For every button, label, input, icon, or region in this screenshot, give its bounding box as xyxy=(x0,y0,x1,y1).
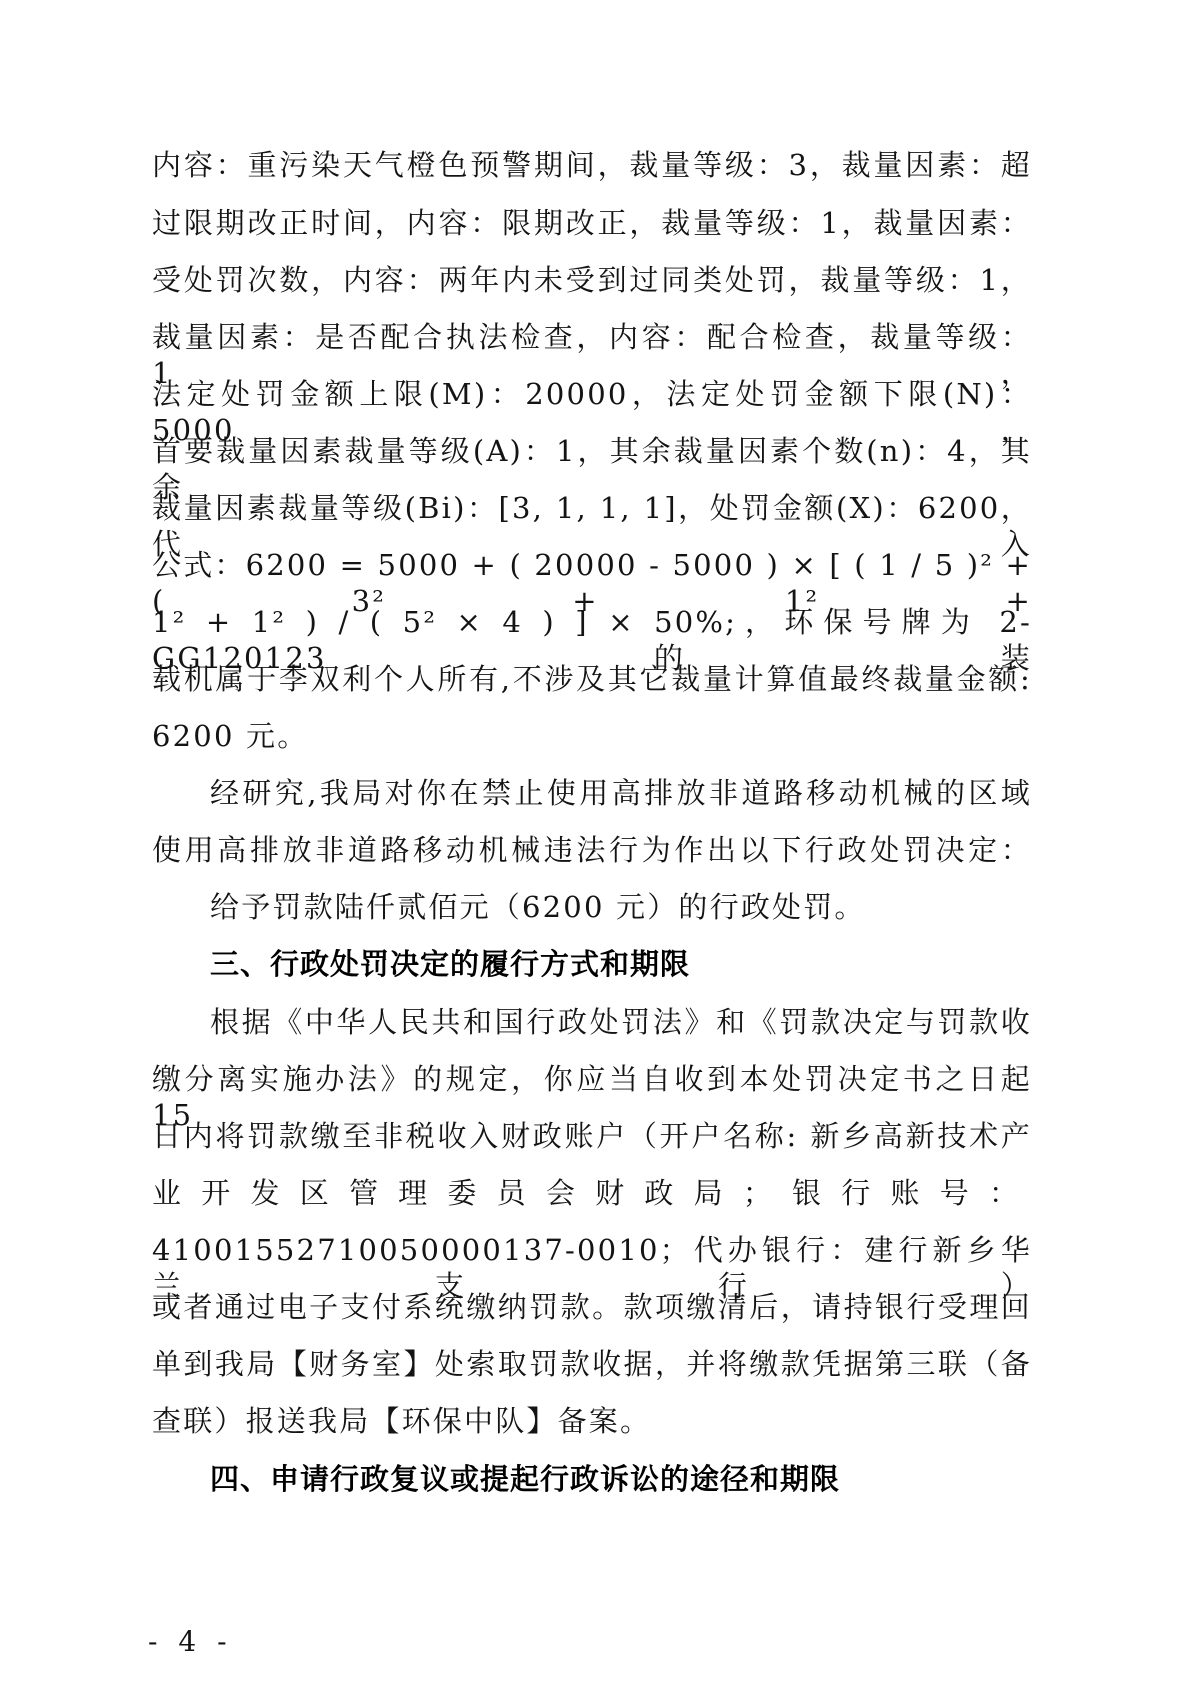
body-line: 6200 元。 xyxy=(152,718,1032,754)
page-number: - 4 - xyxy=(148,1625,233,1658)
section-3-line: 日内将罚款缴至非税收入财政账户（开户名称: 新乡高新技术产 xyxy=(152,1118,1032,1154)
study-paragraph-line: 经研究,我局对你在禁止使用高排放非道路移动机械的区域 xyxy=(210,775,1032,811)
section-3-line: 业开发区管理委员会财政局；银行账号： xyxy=(152,1175,1032,1211)
section-3-line: 根据《中华人民共和国行政处罚法》和《罚款决定与罚款收 xyxy=(210,1004,1032,1040)
penalty-statement: 给予罚款陆仟贰佰元（6200 元）的行政处罚。 xyxy=(210,889,1032,925)
section-3-line: 或者通过电子支付系统缴纳罚款。款项缴清后，请持银行受理回 xyxy=(152,1289,1032,1325)
section-4-heading: 四、申请行政复议或提起行政诉讼的途径和期限 xyxy=(210,1461,1032,1497)
body-line: 过限期改正时间，内容：限期改正，裁量等级：1，裁量因素： xyxy=(152,205,1032,241)
body-line: 内容：重污染天气橙色预警期间，裁量等级：3，裁量因素：超 xyxy=(152,147,1032,183)
document-page: 内容：重污染天气橙色预警期间，裁量等级：3，裁量因素：超 过限期改正时间，内容：… xyxy=(0,0,1190,1684)
section-3-heading: 三、行政处罚决定的履行方式和期限 xyxy=(210,946,1032,982)
body-line: 载机属于李双利个人所有,不涉及其它裁量计算值最终裁量金额: xyxy=(152,661,1032,697)
section-3-line: 单到我局【财务室】处索取罚款收据，并将缴款凭据第三联（备 xyxy=(152,1346,1032,1382)
study-paragraph-line: 使用高排放非道路移动机械违法行为作出以下行政处罚决定： xyxy=(152,832,1032,868)
section-3-line: 查联）报送我局【环保中队】备案。 xyxy=(152,1403,1032,1439)
body-line: 受处罚次数，内容：两年内未受到过同类处罚，裁量等级：1， xyxy=(152,262,1032,298)
